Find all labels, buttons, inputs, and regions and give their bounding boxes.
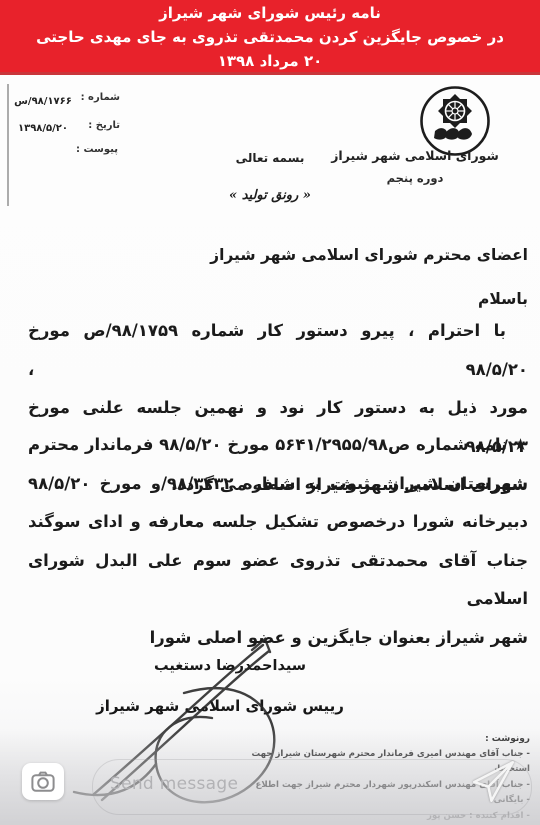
besmeleh-text: بسمه تعالی — [218, 151, 322, 165]
camera-button[interactable] — [22, 763, 64, 800]
number-label: شماره : — [72, 92, 120, 103]
headline-banner: نامه رئیس شورای شهر شیراز در خصوص جایگزی… — [0, 0, 540, 75]
council-emblem-icon — [418, 84, 492, 158]
paragraph-2-line-1: ★ نامه شماره ص۵۶۴۱/۲۹۵۵/۹۸ مورخ ۹۸/۵/۲۰ … — [28, 426, 528, 465]
paragraph-2-line-3: دبیرخانه شورا درخصوص تشکیل جلسه معارفه و… — [28, 503, 528, 542]
banner-line-1: نامه رئیس شورای شهر شیراز — [0, 0, 540, 24]
attachment-label: پیوست : — [70, 144, 118, 155]
date-value: ۱۳۹۸/۵/۲۰ — [8, 123, 78, 134]
council-term: دوره پنجم — [326, 171, 504, 185]
banner-line-2: در خصوص جایگزین کردن محمدتقی تذروی به جا… — [0, 24, 540, 48]
year-slogan: « رونق تولید » — [202, 188, 338, 203]
paragraph-2: ★ نامه شماره ص۵۶۴۱/۲۹۵۵/۹۸ مورخ ۹۸/۵/۲۰ … — [28, 426, 528, 657]
send-message-placeholder[interactable]: Send message — [110, 774, 238, 794]
paragraph-1-line-1: با احترام ، پیرو دستور کار شماره ۹۸/۱۷۵۹… — [28, 312, 528, 389]
camera-icon — [31, 771, 55, 793]
paragraph-2-line-2: شهرستان شیراز مثبوت به شماره ۹۸/۳۴۳۲/و م… — [28, 465, 528, 504]
org-name: شورای اسلامی شهر شیراز — [326, 148, 504, 163]
recipient-heading: اعضای محترم شورای اسلامی شهر شیراز — [210, 246, 528, 264]
salutation: باسلام — [478, 290, 528, 308]
paragraph-2-line-4: جناب آقای محمدتقی تذروی عضو سوم علی البد… — [28, 542, 528, 619]
paper-plane-icon[interactable] — [468, 756, 518, 806]
date-label: تاریخ : — [72, 120, 120, 131]
number-value: ۹۸/۱۷۶۶/س — [8, 96, 78, 107]
banner-line-3: ۲۰ مرداد ۱۳۹۸ — [0, 48, 540, 72]
